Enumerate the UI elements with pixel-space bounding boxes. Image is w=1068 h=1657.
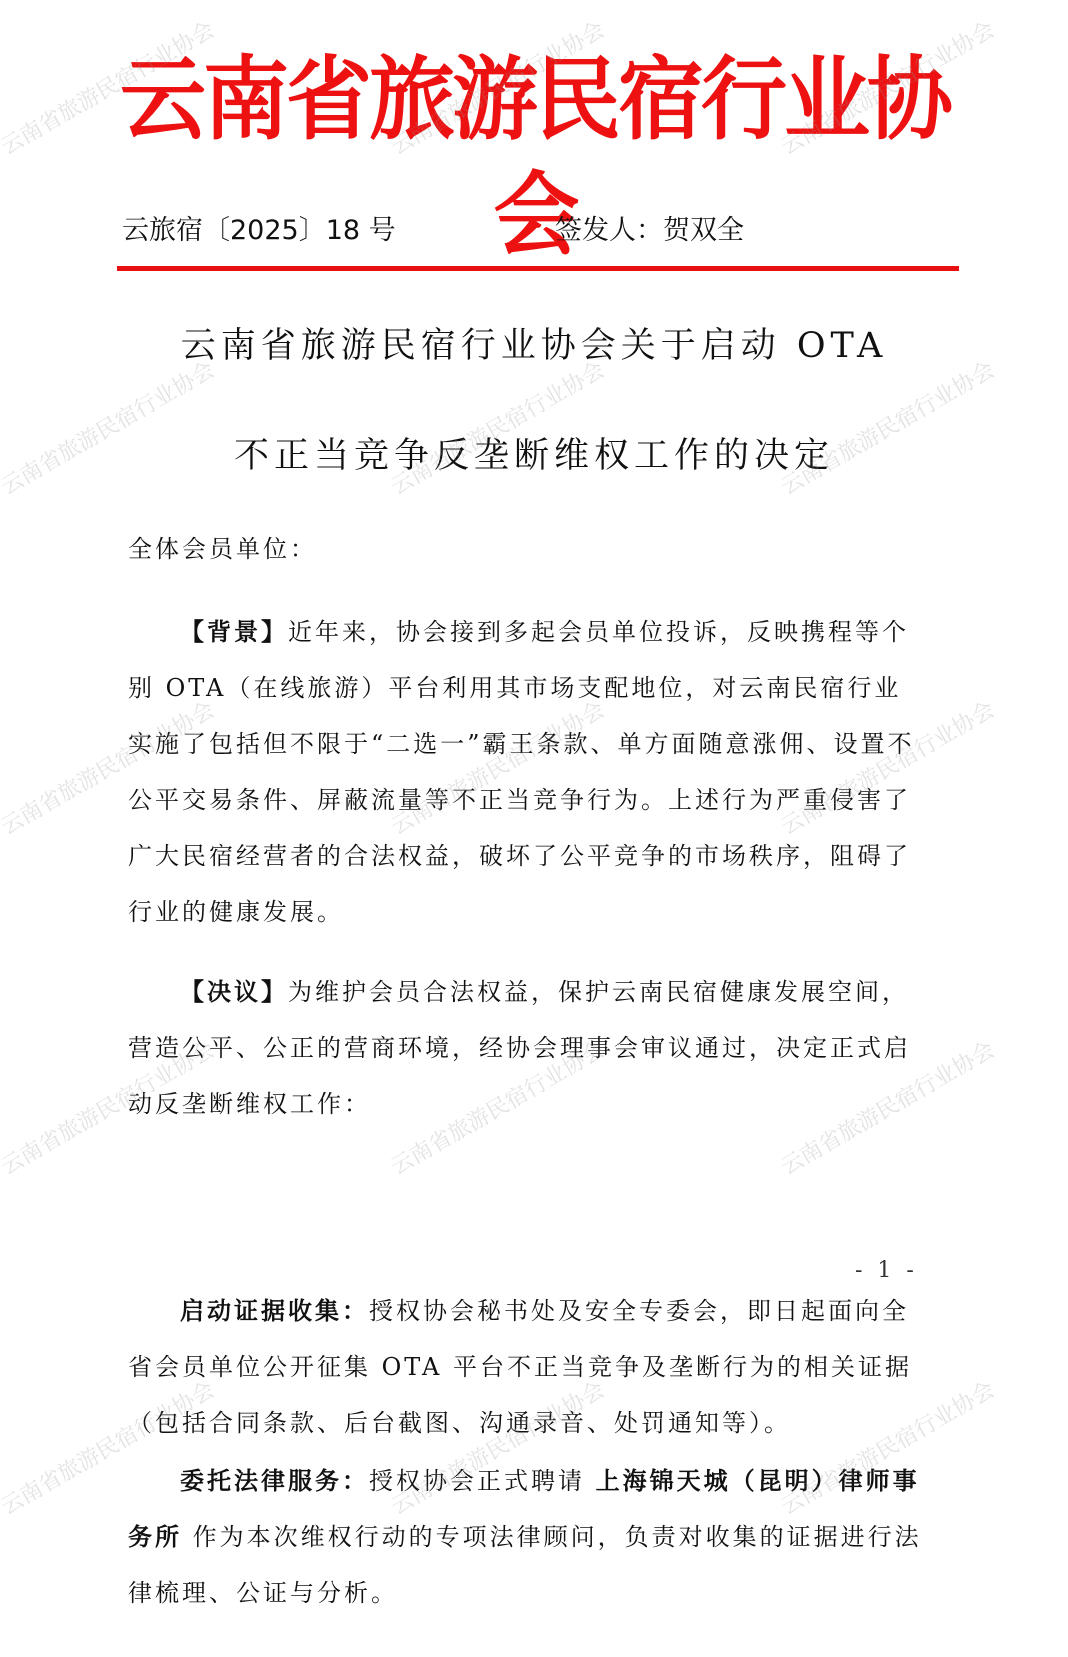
- signer-label: 签发人：: [555, 215, 663, 246]
- document-page: 云南省旅游民宿行业协会 云旅宿〔2025〕18 号 签发人：贺双全 云南省旅游民…: [0, 0, 1068, 1657]
- document-number: 云旅宿〔2025〕18 号: [122, 208, 396, 247]
- section-text: 作为本次维权行动的专项法律顾问，负责对收集的证据进行法律梳理、公证与分析。: [128, 1523, 922, 1607]
- signer: 签发人：贺双全: [555, 208, 744, 247]
- signer-name: 贺双全: [663, 215, 744, 246]
- section-heading: 【背景】: [180, 617, 288, 646]
- document-title-line1: 云南省旅游民宿行业协会关于启动 OTA: [0, 318, 1068, 368]
- document-title-line2: 不正当竞争反垄断维权工作的决定: [0, 428, 1068, 478]
- section-heading: 【决议】: [180, 977, 288, 1006]
- paragraph-legal-service: 委托法律服务：授权协会正式聘请 上海锦天城（昆明）律师事务所 作为本次维权行动的…: [128, 1453, 928, 1621]
- red-divider: [117, 266, 959, 271]
- salutation: 全体会员单位：: [128, 521, 928, 577]
- section-text: 授权协会正式聘请: [369, 1467, 585, 1495]
- section-heading: 委托法律服务：: [180, 1466, 369, 1495]
- paragraph-background: 【背景】近年来，协会接到多起会员单位投诉，反映携程等个别 OTA（在线旅游）平台…: [128, 604, 928, 940]
- section-heading: 启动证据收集：: [180, 1296, 369, 1325]
- paragraph-resolution: 【决议】为维护会员合法权益，保护云南民宿健康发展空间，营造公平、公正的营商环境，…: [128, 964, 928, 1132]
- paragraph-evidence-collection: 启动证据收集：授权协会秘书处及安全专委会，即日起面向全省会员单位公开征集 OTA…: [128, 1283, 928, 1451]
- section-text: 近年来，协会接到多起会员单位投诉，反映携程等个别 OTA（在线旅游）平台利用其市…: [128, 618, 915, 926]
- page-number: - 1 -: [855, 1258, 918, 1283]
